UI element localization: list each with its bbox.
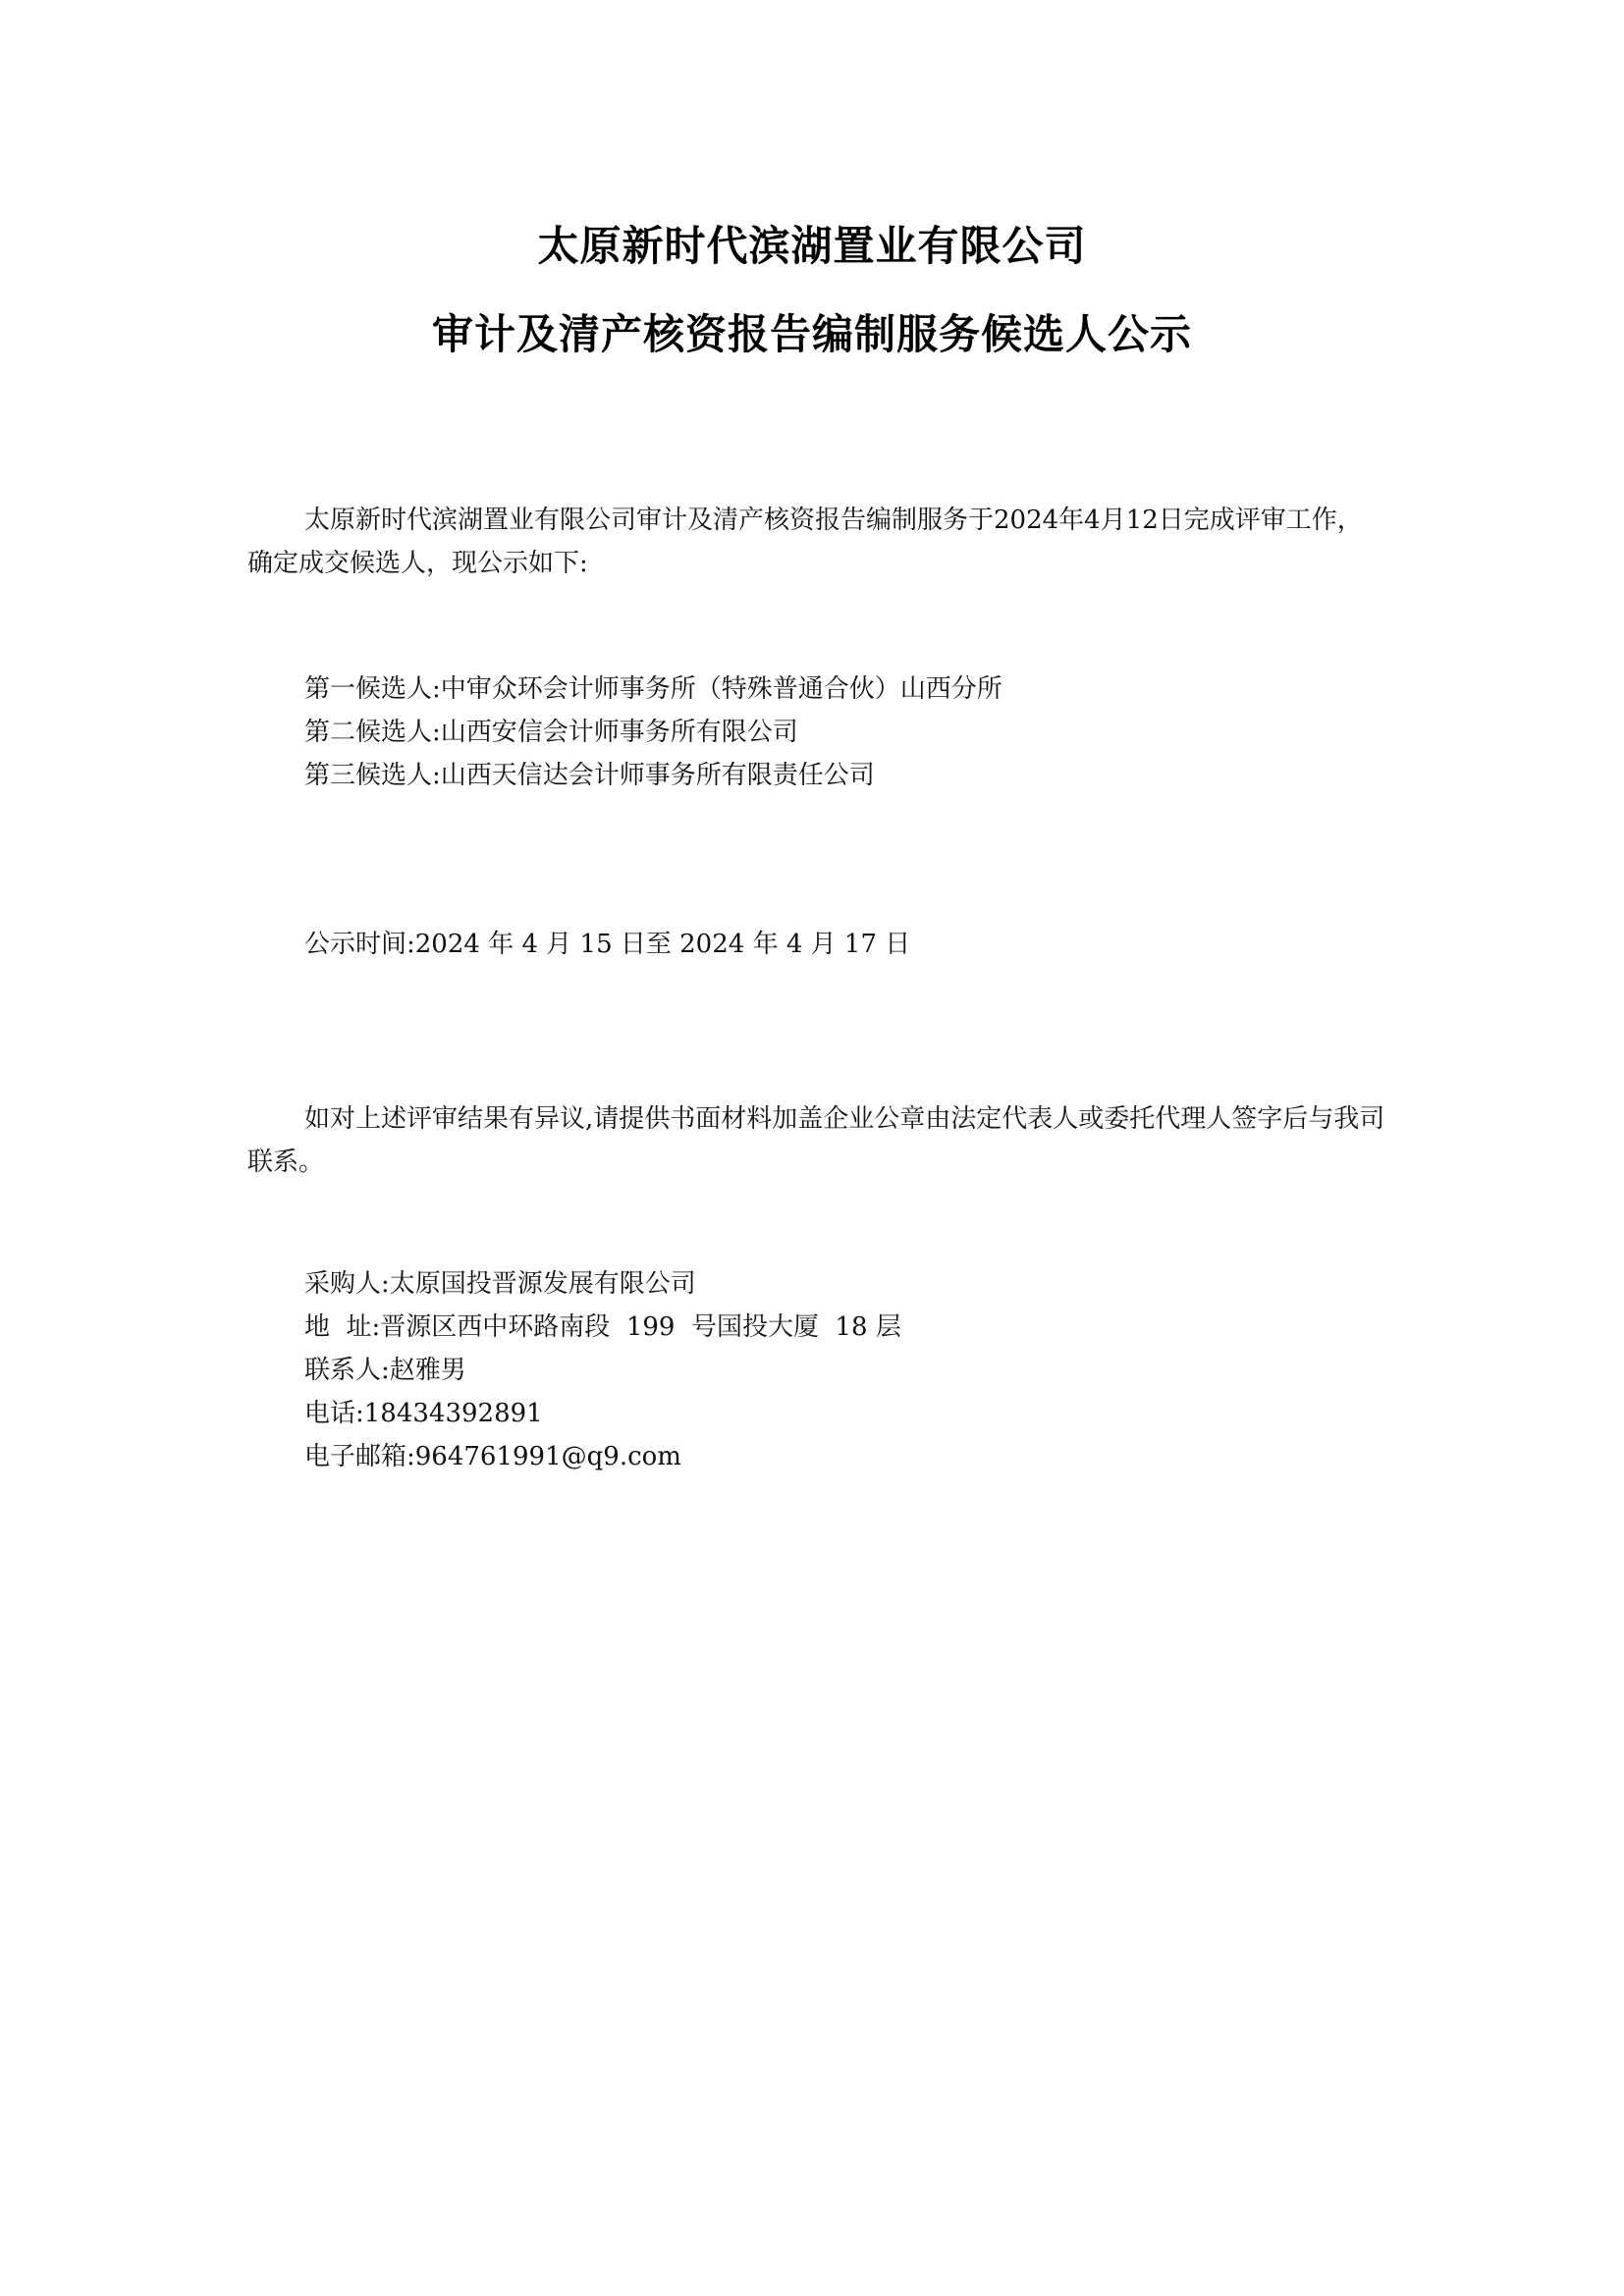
candidate-label: 第三候选人: xyxy=(304,761,441,790)
contact-block: 采购人:太原国投晋源发展有限公司 地 址:晋源区西中环路南段 199 号国投大厦… xyxy=(304,1262,1443,1478)
candidate-list: 第一候选人:中审众环会计师事务所（特殊普通合伙）山西分所 第二候选人:山西安信会… xyxy=(304,667,1443,797)
intro-paragraph: 太原新时代滨湖置业有限公司审计及清产核资报告编制服务于2024年4月12日完成评… xyxy=(247,499,1386,585)
candidate-label: 第一候选人: xyxy=(304,674,441,704)
email: 电子邮箱:964761991@q9.com xyxy=(304,1435,1443,1478)
title-notice: 审计及清产核资报告编制服务候选人公示 xyxy=(0,302,1624,361)
purchaser: 采购人:太原国投晋源发展有限公司 xyxy=(304,1262,1443,1306)
document-page: 太原新时代滨湖置业有限公司 审计及清产核资报告编制服务候选人公示 太原新时代滨湖… xyxy=(0,0,1624,2296)
publicity-period: 公示时间:2024 年 4 月 15 日至 2024 年 4 月 17 日 xyxy=(304,923,1443,966)
address: 地 址:晋源区西中环路南段 199 号国投大厦 18 层 xyxy=(304,1306,1443,1349)
candidate-name: 山西安信会计师事务所有限公司 xyxy=(441,718,798,747)
candidate-1: 第一候选人:中审众环会计师事务所（特殊普通合伙）山西分所 xyxy=(304,667,1443,711)
candidate-name: 山西天信达会计师事务所有限责任公司 xyxy=(441,761,875,790)
candidate-name: 中审众环会计师事务所（特殊普通合伙）山西分所 xyxy=(441,674,1002,704)
title-company: 太原新时代滨湖置业有限公司 xyxy=(0,214,1624,273)
candidate-label: 第二候选人: xyxy=(304,718,441,747)
contact-person: 联系人:赵雅男 xyxy=(304,1349,1443,1392)
objection-paragraph: 如对上述评审结果有异议,请提供书面材料加盖企业公章由法定代表人或委托代理人签字后… xyxy=(247,1097,1386,1184)
candidate-2: 第二候选人:山西安信会计师事务所有限公司 xyxy=(304,711,1443,754)
candidate-3: 第三候选人:山西天信达会计师事务所有限责任公司 xyxy=(304,754,1443,797)
phone: 电话:18434392891 xyxy=(304,1392,1443,1435)
